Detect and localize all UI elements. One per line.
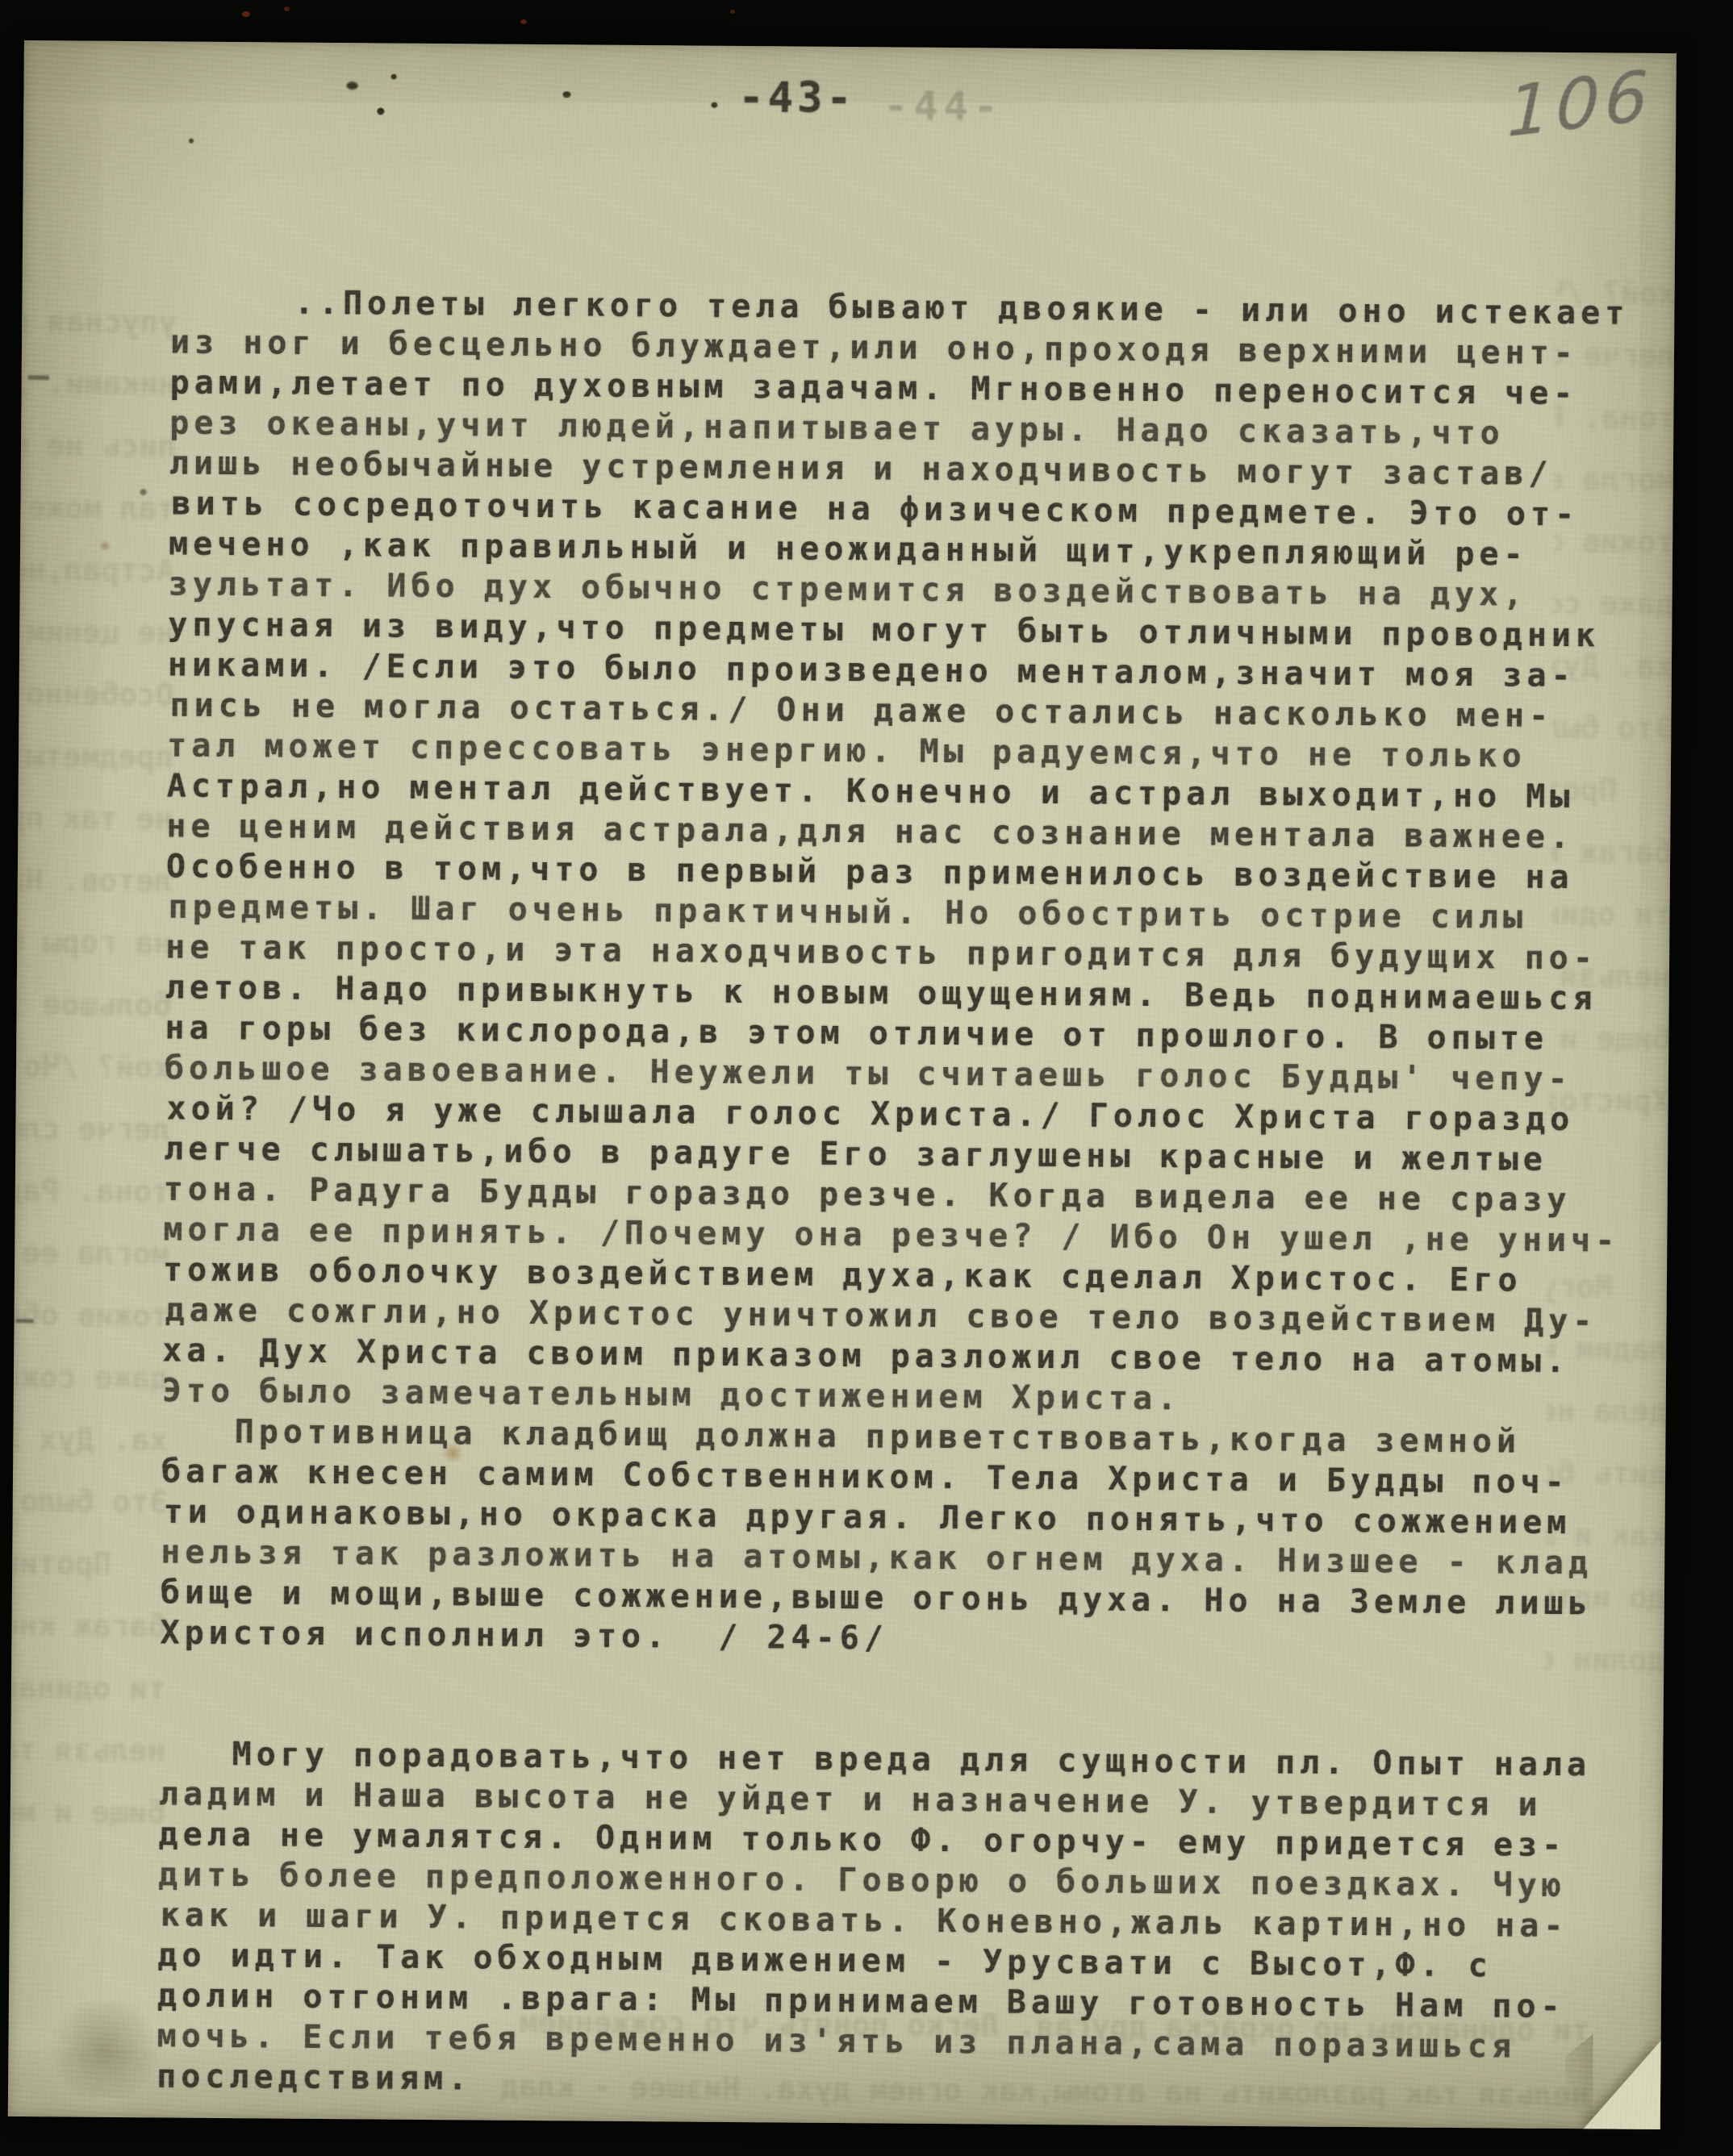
stain-spot: [40, 2000, 170, 2098]
stray-mark: [28, 375, 49, 380]
handwritten-folio: 106: [1506, 55, 1655, 153]
stray-mark: [140, 489, 147, 495]
typed-text: ..Полеты легкого тела бывают двоякие - и…: [157, 161, 1672, 2108]
border-speck: [284, 6, 290, 11]
ink-speck: [347, 81, 358, 90]
border-speck: [242, 11, 250, 17]
border-speck: [520, 19, 527, 24]
ink-speck: [391, 74, 397, 80]
stain-spot: [98, 541, 112, 551]
document-page: -43- -44- 106 упусная из виду,что предме…: [8, 40, 1677, 2129]
fold-corner: [1584, 2040, 1661, 2129]
stray-mark: [16, 1319, 34, 1323]
ink-speck: [711, 102, 717, 108]
ghost-page-number: -44-: [883, 82, 1004, 130]
border-speck: [730, 10, 735, 14]
scan-background: -43- -44- 106 упусная из виду,что предме…: [0, 0, 1733, 2156]
ink-speck: [189, 139, 194, 144]
ink-speck: [377, 107, 384, 115]
bleedthrough-left: упусная из виду,что предметы могут быть …: [11, 290, 177, 1864]
ink-speck: [562, 91, 570, 98]
page-number: -43-: [738, 73, 856, 123]
